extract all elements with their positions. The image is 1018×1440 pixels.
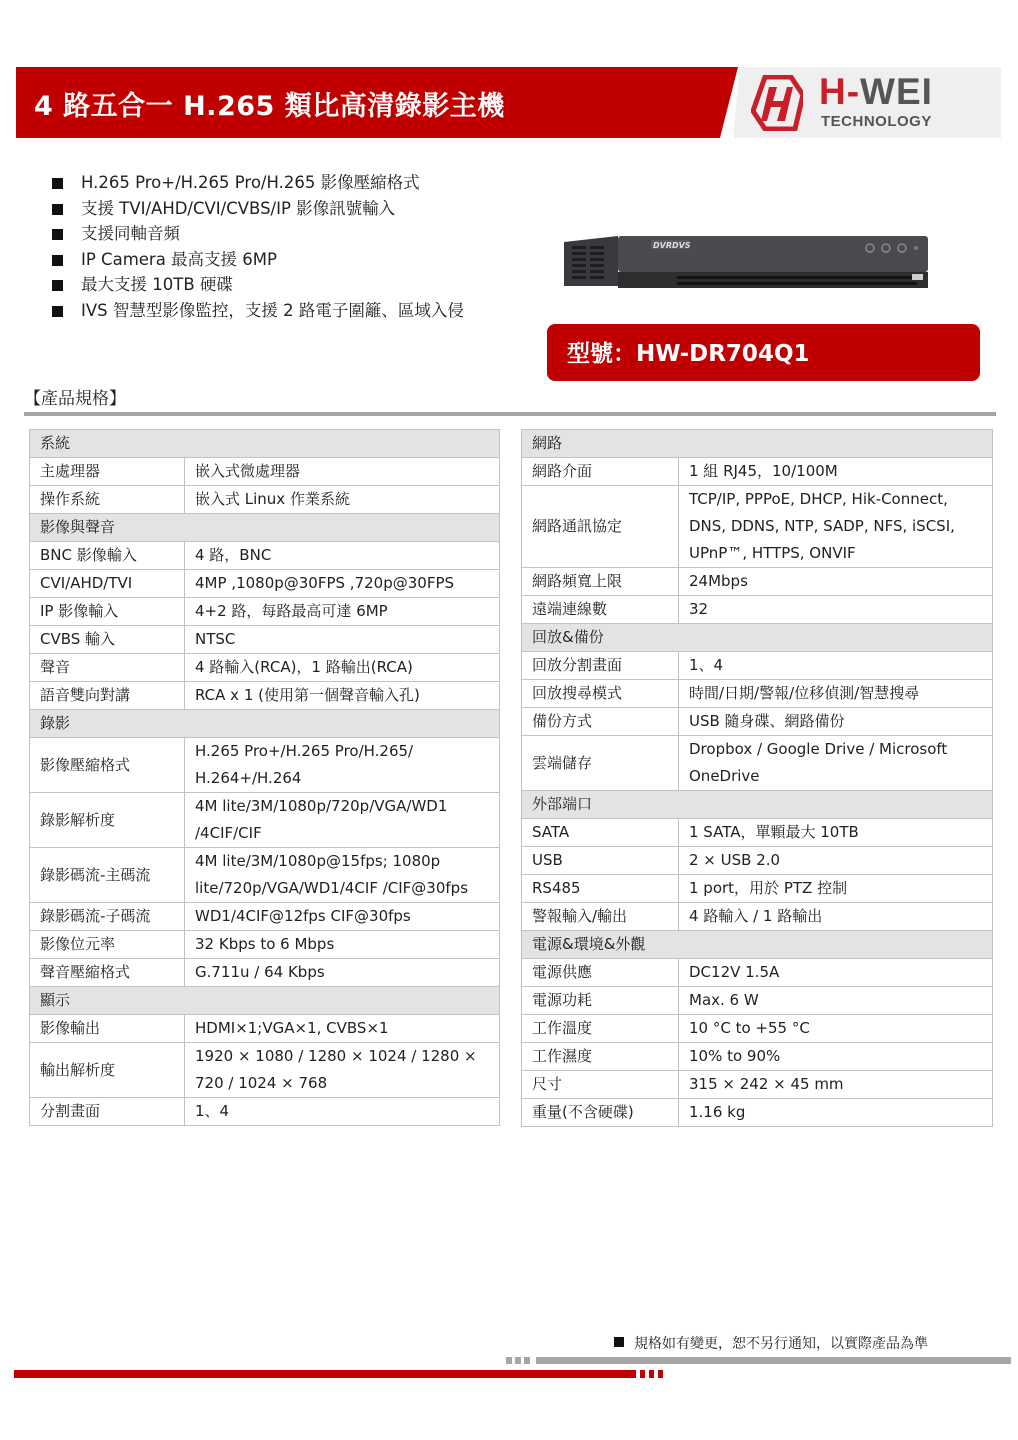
spec-label: 聲音壓縮格式 xyxy=(30,959,185,987)
spec-label: 影像位元率 xyxy=(30,931,185,959)
spec-label: BNC 影像輸入 xyxy=(30,542,185,570)
spec-value: 時間/日期/警報/位移偵測/智慧搜尋 xyxy=(679,680,993,708)
spec-row: 警報輸入/輸出4 路輸入 / 1 路輸出 xyxy=(522,903,993,931)
spec-label: 工作濕度 xyxy=(522,1043,679,1071)
spec-row: 電源功耗Max. 6 W xyxy=(522,987,993,1015)
spec-row: IP 影像輸入4+2 路，每路最高可達 6MP xyxy=(30,598,500,626)
spec-value: 2 × USB 2.0 xyxy=(679,847,993,875)
spec-row: CVI/AHD/TVI4MP ,1080p@30FPS ,720p@30FPS xyxy=(30,570,500,598)
square-bullet-icon xyxy=(52,255,63,266)
section-title: 回放&備份 xyxy=(522,624,993,652)
spec-row: 影像位元率32 Kbps to 6 Mbps xyxy=(30,931,500,959)
spec-row: 網路介面1 組 RJ45，10/100M xyxy=(522,458,993,486)
spec-section-header: 網路 xyxy=(522,430,993,458)
spec-label: 工作溫度 xyxy=(522,1015,679,1043)
feature-item: IVS 智慧型影像監控，支援 2 路電子圍籬、區域入侵 xyxy=(52,298,502,324)
spec-value: 4M lite/3M/1080p/720p/VGA/WD1 /4CIF/CIF xyxy=(185,793,500,848)
spec-label: 網路頻寬上限 xyxy=(522,568,679,596)
spec-value: 4+2 路，每路最高可達 6MP xyxy=(185,598,500,626)
spec-row: 回放分割畫面1、4 xyxy=(522,652,993,680)
spec-row: 錄影解析度4M lite/3M/1080p/720p/VGA/WD1 /4CIF… xyxy=(30,793,500,848)
footer-gray-dash xyxy=(515,1357,521,1364)
spec-label: 操作系統 xyxy=(30,486,185,514)
spec-row: 工作溫度10 °C to +55 °C xyxy=(522,1015,993,1043)
spec-value: DC12V 1.5A xyxy=(679,959,993,987)
section-divider xyxy=(24,412,996,416)
spec-label: USB xyxy=(522,847,679,875)
spec-label: 電源供應 xyxy=(522,959,679,987)
square-bullet-icon xyxy=(614,1337,624,1347)
spec-label: 影像輸出 xyxy=(30,1015,185,1043)
brand-logo: H-WEI TECHNOLOGY xyxy=(733,67,1001,138)
feature-item: H.265 Pro+/H.265 Pro/H.265 影像壓縮格式 xyxy=(52,170,502,196)
spec-label: 錄影碼流-子碼流 xyxy=(30,903,185,931)
spec-row: 工作濕度10% to 90% xyxy=(522,1043,993,1071)
spec-row: 備份方式USB 隨身碟、網路備份 xyxy=(522,708,993,736)
spec-label: 雲端儲存 xyxy=(522,736,679,791)
spec-label: 遠端連線數 xyxy=(522,596,679,624)
spec-label: SATA xyxy=(522,819,679,847)
spec-value: 1 SATA，單顆最大 10TB xyxy=(679,819,993,847)
section-title: 影像與聲音 xyxy=(30,514,500,542)
spec-row: 輸出解析度1920 × 1080 / 1280 × 1024 / 1280 × … xyxy=(30,1043,500,1098)
feature-item: IP Camera 最高支援 6MP xyxy=(52,247,502,273)
spec-label: 備份方式 xyxy=(522,708,679,736)
spec-section-header: 電源&環境&外觀 xyxy=(522,931,993,959)
header-banner: 4 路五合一 H.265 類比高清錄影主機 xyxy=(16,67,738,138)
spec-label: CVBS 輸入 xyxy=(30,626,185,654)
spec-section-header: 錄影 xyxy=(30,710,500,738)
spec-row: 錄影碼流-子碼流WD1/4CIF@12fps CIF@30fps xyxy=(30,903,500,931)
spec-label: 網路介面 xyxy=(522,458,679,486)
spec-value: 1、4 xyxy=(185,1098,500,1126)
spec-label: 網路通訊協定 xyxy=(522,486,679,568)
spec-row: 尺寸315 × 242 × 45 mm xyxy=(522,1071,993,1099)
hwei-logo-icon xyxy=(751,75,803,131)
section-title: 外部端口 xyxy=(522,791,993,819)
spec-value: HDMI×1;VGA×1, CVBS×1 xyxy=(185,1015,500,1043)
spec-heading: 【產品規格】 xyxy=(24,384,126,409)
square-bullet-icon xyxy=(52,204,63,215)
spec-label: 輸出解析度 xyxy=(30,1043,185,1098)
spec-section-header: 外部端口 xyxy=(522,791,993,819)
spec-section-header: 影像與聲音 xyxy=(30,514,500,542)
spec-row: RS4851 port，用於 PTZ 控制 xyxy=(522,875,993,903)
footer-red-dash xyxy=(649,1370,654,1378)
spec-section-header: 回放&備份 xyxy=(522,624,993,652)
spec-label: RS485 xyxy=(522,875,679,903)
spec-table-left: 系統主處理器嵌入式微處理器操作系統嵌入式 Linux 作業系統影像與聲音BNC … xyxy=(29,429,500,1126)
spec-value: Dropbox / Google Drive / Microsoft OneDr… xyxy=(679,736,993,791)
spec-value: 10% to 90% xyxy=(679,1043,993,1071)
footer-red-dash xyxy=(640,1370,645,1378)
spec-row: 影像壓縮格式H.265 Pro+/H.265 Pro/H.265/ H.264+… xyxy=(30,738,500,793)
spec-value: 4 路，BNC xyxy=(185,542,500,570)
spec-row: 重量(不含硬碟)1.16 kg xyxy=(522,1099,993,1127)
spec-label: 警報輸入/輸出 xyxy=(522,903,679,931)
spec-row: 操作系統嵌入式 Linux 作業系統 xyxy=(30,486,500,514)
spec-value: G.711u / 64 Kbps xyxy=(185,959,500,987)
brand-name: H-WEI xyxy=(819,71,933,113)
spec-label: 回放搜尋模式 xyxy=(522,680,679,708)
spec-table-right: 網路網路介面1 組 RJ45，10/100M網路通訊協定TCP/IP, PPPo… xyxy=(521,429,993,1127)
footer-gray-dash xyxy=(506,1357,512,1364)
spec-value: Max. 6 W xyxy=(679,987,993,1015)
spec-section-header: 顯示 xyxy=(30,987,500,1015)
feature-item: 支援 TVI/AHD/CVI/CVBS/IP 影像訊號輸入 xyxy=(52,196,502,222)
dvr-product-image: DVRDVS xyxy=(562,234,932,294)
spec-value: WD1/4CIF@12fps CIF@30fps xyxy=(185,903,500,931)
spec-row: 語音雙向對講RCA x 1 (使用第一個聲音輸入孔) xyxy=(30,682,500,710)
spec-value: 32 Kbps to 6 Mbps xyxy=(185,931,500,959)
square-bullet-icon xyxy=(52,229,63,240)
spec-value: 315 × 242 × 45 mm xyxy=(679,1071,993,1099)
spec-label: 重量(不含硬碟) xyxy=(522,1099,679,1127)
spec-value: H.265 Pro+/H.265 Pro/H.265/ H.264+/H.264 xyxy=(185,738,500,793)
square-bullet-icon xyxy=(52,178,63,189)
spec-label: 錄影碼流-主碼流 xyxy=(30,848,185,903)
spec-label: 影像壓縮格式 xyxy=(30,738,185,793)
feature-list: H.265 Pro+/H.265 Pro/H.265 影像壓縮格式 支援 TVI… xyxy=(52,170,502,323)
section-title: 網路 xyxy=(522,430,993,458)
spec-value: 1.16 kg xyxy=(679,1099,993,1127)
footer-disclaimer: 規格如有變更，恕不另行通知，以實際產品為準 xyxy=(614,1333,928,1353)
spec-label: 語音雙向對講 xyxy=(30,682,185,710)
spec-value: 4MP ,1080p@30FPS ,720p@30FPS xyxy=(185,570,500,598)
section-title: 顯示 xyxy=(30,987,500,1015)
spec-row: BNC 影像輸入4 路，BNC xyxy=(30,542,500,570)
spec-row: 分割畫面1、4 xyxy=(30,1098,500,1126)
spec-label: 尺寸 xyxy=(522,1071,679,1099)
square-bullet-icon xyxy=(52,306,63,317)
spec-label: IP 影像輸入 xyxy=(30,598,185,626)
section-title: 電源&環境&外觀 xyxy=(522,931,993,959)
spec-value: 10 °C to +55 °C xyxy=(679,1015,993,1043)
section-title: 系統 xyxy=(30,430,500,458)
spec-label: CVI/AHD/TVI xyxy=(30,570,185,598)
spec-label: 回放分割畫面 xyxy=(522,652,679,680)
spec-value: 嵌入式微處理器 xyxy=(185,458,500,486)
spec-value: 24Mbps xyxy=(679,568,993,596)
spec-section-header: 系統 xyxy=(30,430,500,458)
spec-value: NTSC xyxy=(185,626,500,654)
spec-label: 分割畫面 xyxy=(30,1098,185,1126)
spec-value: 嵌入式 Linux 作業系統 xyxy=(185,486,500,514)
spec-label: 聲音 xyxy=(30,654,185,682)
spec-value: RCA x 1 (使用第一個聲音輸入孔) xyxy=(185,682,500,710)
spec-value: 32 xyxy=(679,596,993,624)
spec-value: 4 路輸入(RCA)，1 路輸出(RCA) xyxy=(185,654,500,682)
footer-red-dash xyxy=(658,1370,663,1378)
section-title: 錄影 xyxy=(30,710,500,738)
square-bullet-icon xyxy=(52,280,63,291)
spec-row: 聲音4 路輸入(RCA)，1 路輸出(RCA) xyxy=(30,654,500,682)
spec-row: 雲端儲存Dropbox / Google Drive / Microsoft O… xyxy=(522,736,993,791)
footer-gray-dash xyxy=(524,1357,530,1364)
spec-label: 主處理器 xyxy=(30,458,185,486)
svg-text:DVRDVS: DVRDVS xyxy=(653,241,691,250)
spec-row: 遠端連線數32 xyxy=(522,596,993,624)
spec-row: 錄影碼流-主碼流4M lite/3M/1080p@15fps; 1080p li… xyxy=(30,848,500,903)
spec-value: 1 組 RJ45，10/100M xyxy=(679,458,993,486)
feature-item: 最大支援 10TB 硬碟 xyxy=(52,272,502,298)
spec-value: USB 隨身碟、網路備份 xyxy=(679,708,993,736)
footer-red-line xyxy=(14,1370,636,1378)
feature-item: 支援同軸音頻 xyxy=(52,221,502,247)
spec-value: TCP/IP, PPPoE, DHCP, Hik-Connect, DNS, D… xyxy=(679,486,993,568)
brand-subtitle: TECHNOLOGY xyxy=(821,113,932,130)
model-number: 型號：HW-DR704Q1 xyxy=(567,335,810,368)
page-title: 4 路五合一 H.265 類比高清錄影主機 xyxy=(34,84,505,123)
spec-value: 1 port，用於 PTZ 控制 xyxy=(679,875,993,903)
spec-value: 4M lite/3M/1080p@15fps; 1080p lite/720p/… xyxy=(185,848,500,903)
footer-gray-line xyxy=(536,1357,1011,1364)
spec-row: USB2 × USB 2.0 xyxy=(522,847,993,875)
spec-value: 1、4 xyxy=(679,652,993,680)
spec-row: 電源供應DC12V 1.5A xyxy=(522,959,993,987)
spec-row: 聲音壓縮格式G.711u / 64 Kbps xyxy=(30,959,500,987)
model-badge: 型號：HW-DR704Q1 xyxy=(547,324,980,381)
spec-row: SATA1 SATA，單顆最大 10TB xyxy=(522,819,993,847)
spec-row: 主處理器嵌入式微處理器 xyxy=(30,458,500,486)
spec-value: 1920 × 1080 / 1280 × 1024 / 1280 × 720 /… xyxy=(185,1043,500,1098)
spec-row: 回放搜尋模式時間/日期/警報/位移偵測/智慧搜尋 xyxy=(522,680,993,708)
spec-row: CVBS 輸入NTSC xyxy=(30,626,500,654)
spec-label: 錄影解析度 xyxy=(30,793,185,848)
spec-label: 電源功耗 xyxy=(522,987,679,1015)
spec-row: 影像輸出HDMI×1;VGA×1, CVBS×1 xyxy=(30,1015,500,1043)
spec-row: 網路通訊協定TCP/IP, PPPoE, DHCP, Hik-Connect, … xyxy=(522,486,993,568)
spec-value: 4 路輸入 / 1 路輸出 xyxy=(679,903,993,931)
spec-row: 網路頻寬上限24Mbps xyxy=(522,568,993,596)
